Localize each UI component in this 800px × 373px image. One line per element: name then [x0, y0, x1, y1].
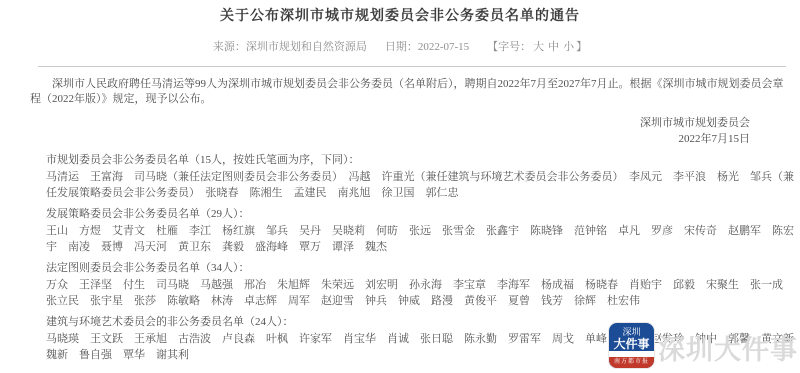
font-size-close: 】	[576, 40, 587, 54]
date-label: 日期：	[385, 40, 418, 54]
source-value: 深圳市规划和自然资源局	[246, 40, 367, 54]
section-development-strategy: 发展策略委员会非公务委员名单（29人）： 王山 方煜 艾青文 杜雁 李江 杨红旗…	[46, 207, 794, 255]
header-divider	[38, 66, 786, 67]
app-icon-line1: 深圳	[609, 327, 654, 337]
meta-bar: 来源：深圳市规划和自然资源局日期：2022-07-15【字号：大中小】	[0, 40, 800, 54]
section-heading: 市规划委员会非公务委员名单（15人，按姓氏笔画为序，下同）：	[46, 153, 794, 167]
section-heading: 建筑与环境艺术委员会的非公务委员名单（24人）：	[46, 315, 794, 329]
sign-date: 2022年7月15日	[0, 131, 750, 147]
app-icon-bar-text: 南方都市报	[609, 357, 654, 368]
font-size-open: 【字号：	[487, 40, 531, 54]
signature-block: 深圳市城市规划委员会 2022年7月15日	[0, 115, 800, 147]
section-statutory-plan: 法定图则委员会非公务委员名单（34人）： 万众 王泽坚 付生 司马晓 马越强 邢…	[46, 261, 794, 309]
app-icon-line2: 大件事	[609, 337, 654, 351]
shenzhen-dajianshi-app-icon: 深圳 大件事 南方都市报	[609, 323, 654, 368]
signer-name: 深圳市城市规划委员会	[0, 115, 750, 131]
watermark-text: 深圳大件事	[658, 328, 798, 367]
section-heading: 法定图则委员会非公务委员名单（34人）：	[46, 261, 794, 275]
section-heading: 发展策略委员会非公务委员名单（29人）：	[46, 207, 794, 221]
font-size-medium-button[interactable]: 中	[548, 40, 559, 54]
date-value: 2022-07-15	[418, 40, 469, 54]
section-name-list: 万众 王泽坚 付生 司马晓 马越强 邢冶 朱旭辉 朱荣远 刘宏明 孙永海 李宝章…	[46, 277, 794, 309]
notice-page: 关于公布深圳市城市规划委员会非公务委员名单的通告 来源：深圳市规划和自然资源局日…	[0, 8, 800, 373]
section-name-list: 马清运 王富海 司马晓（兼任法定图则委员会非公务委员） 冯越 许重光（兼任建筑与…	[46, 169, 794, 201]
font-size-large-button[interactable]: 大	[533, 40, 544, 54]
font-size-small-button[interactable]: 小	[563, 40, 574, 54]
notice-paragraph: 深圳市人民政府聘任马清运等99人为深圳市城市规划委员会非公务委员（名单附后），聘…	[30, 77, 790, 107]
page-title: 关于公布深圳市城市规划委员会非公务委员名单的通告	[0, 8, 800, 26]
section-planning-committee: 市规划委员会非公务委员名单（15人，按姓氏笔画为序，下同）： 马清运 王富海 司…	[46, 153, 794, 201]
section-name-list: 王山 方煜 艾青文 杜雁 李江 杨红旗 邹兵 吴丹 吴晓莉 何昉 张远 张雪金 …	[46, 223, 794, 255]
source-label: 来源：	[213, 40, 246, 54]
